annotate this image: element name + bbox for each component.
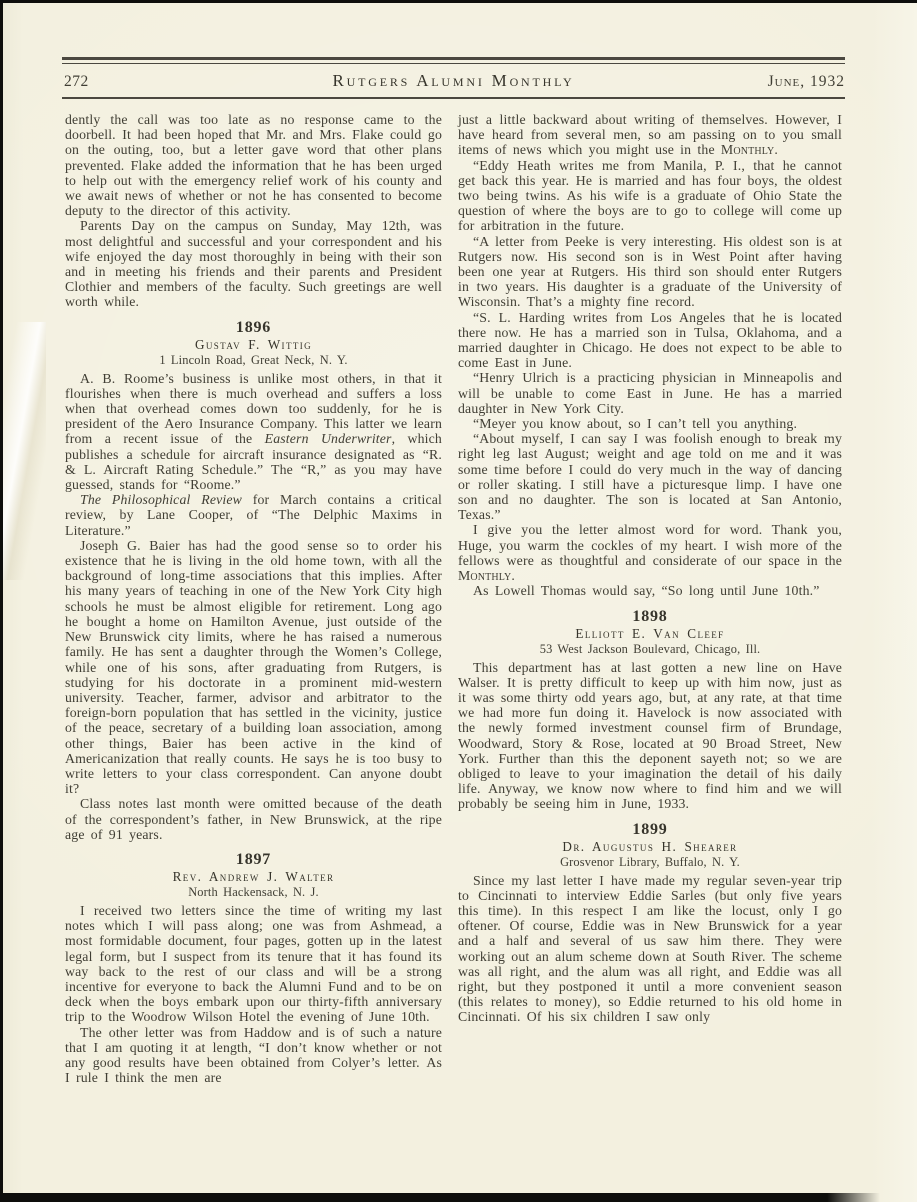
text-run: “Eddy Heath writes me from Manila, P. I.… xyxy=(458,158,842,234)
class-year-heading: 1898 xyxy=(458,607,842,626)
correspondent-name: Dr. Augustus H. Shearer xyxy=(458,839,842,855)
masthead-bottom-rule xyxy=(62,97,845,99)
text-run: . xyxy=(511,568,515,583)
paper-crease xyxy=(0,322,46,580)
correspondent-name: Elliott E. Van Cleef xyxy=(458,626,842,642)
class-section-heading: 1898Elliott E. Van Cleef53 West Jackson … xyxy=(458,607,842,657)
page-number: 272 xyxy=(64,73,89,91)
right-column: just a little backward about writing of … xyxy=(458,112,842,1025)
text-run: The other letter was from Haddow and is … xyxy=(65,1025,442,1086)
text-run: Since my last letter I have made my regu… xyxy=(458,873,842,1025)
paragraph: The Philosophical Review for March conta… xyxy=(65,492,442,538)
masthead: 272 Rutgers Alumni Monthly June, 1932 xyxy=(62,57,845,99)
paragraph: dently the call was too late as no respo… xyxy=(65,112,442,218)
paragraph: The other letter was from Haddow and is … xyxy=(65,1025,442,1086)
correspondent-address: 1 Lincoln Road, Great Neck, N. Y. xyxy=(65,353,442,368)
correspondent-address: Grosvenor Library, Buffalo, N. Y. xyxy=(458,855,842,870)
class-section-heading: 1896Gustav F. Wittig1 Lincoln Road, Grea… xyxy=(65,318,442,368)
paragraph: “Eddy Heath writes me from Manila, P. I.… xyxy=(458,158,842,234)
text-run: “Meyer you know about, so I can’t tell y… xyxy=(473,416,797,431)
paragraph: “S. L. Harding writes from Los Angeles t… xyxy=(458,310,842,371)
paragraph: Parents Day on the campus on Sunday, May… xyxy=(65,218,442,309)
paragraph: I received two letters since the time of… xyxy=(65,903,442,1025)
paragraph: I give you the letter almost word for wo… xyxy=(458,522,842,583)
text-run: Monthly xyxy=(721,142,774,157)
text-run: Joseph G. Baier has had the good sense s… xyxy=(65,538,442,796)
text-run: “Henry Ulrich is a practicing physician … xyxy=(458,370,842,415)
correspondent-address: 53 West Jackson Boulevard, Chicago, Ill. xyxy=(458,642,842,657)
issue-date: June, 1932 xyxy=(768,73,845,91)
class-year-heading: 1899 xyxy=(458,820,842,839)
left-column: dently the call was too late as no respo… xyxy=(65,112,442,1085)
paragraph: “Meyer you know about, so I can’t tell y… xyxy=(458,416,842,431)
journal-title: Rutgers Alumni Monthly xyxy=(332,71,574,91)
text-run: “A letter from Peeke is very interesting… xyxy=(458,234,842,310)
text-run: just a little backward about writing of … xyxy=(458,112,842,157)
text-run: The Philosophical Review xyxy=(80,492,242,507)
paragraph: “A letter from Peeke is very interesting… xyxy=(458,234,842,310)
correspondent-name: Rev. Andrew J. Walter xyxy=(65,869,442,885)
correspondent-address: North Hackensack, N. J. xyxy=(65,885,442,900)
paragraph: just a little backward about writing of … xyxy=(458,112,842,158)
paragraph: “About myself, I can say I was foolish e… xyxy=(458,431,842,522)
paragraph: A. B. Roome’s business is unlike most ot… xyxy=(65,371,442,493)
magazine-page: 272 Rutgers Alumni Monthly June, 1932 de… xyxy=(0,0,917,1202)
text-run: “About myself, I can say I was foolish e… xyxy=(458,431,842,522)
page-edge-left xyxy=(0,0,3,1202)
text-run: Eastern Underwriter xyxy=(265,431,392,446)
text-run: I give you the letter almost word for wo… xyxy=(458,522,842,567)
paragraph: Class notes last month were omitted beca… xyxy=(65,796,442,842)
paragraph: Joseph G. Baier has had the good sense s… xyxy=(65,538,442,796)
masthead-top-rule xyxy=(62,57,845,64)
class-year-heading: 1896 xyxy=(65,318,442,337)
text-run: Parents Day on the campus on Sunday, May… xyxy=(65,218,442,309)
page-edge-top xyxy=(0,0,917,3)
paragraph: This department has at last gotten a new… xyxy=(458,660,842,812)
text-run: . xyxy=(774,142,778,157)
text-run: “S. L. Harding writes from Los Angeles t… xyxy=(458,310,842,371)
text-run: As Lowell Thomas would say, “So long unt… xyxy=(473,583,820,598)
text-run: I received two letters since the time of… xyxy=(65,903,442,1024)
class-year-heading: 1897 xyxy=(65,850,442,869)
paragraph: Since my last letter I have made my regu… xyxy=(458,873,842,1025)
text-run: Monthly xyxy=(458,568,511,583)
paragraph: As Lowell Thomas would say, “So long unt… xyxy=(458,583,842,598)
paragraph: “Henry Ulrich is a practicing physician … xyxy=(458,370,842,416)
class-section-heading: 1897Rev. Andrew J. WalterNorth Hackensac… xyxy=(65,850,442,900)
text-run: Class notes last month were omitted beca… xyxy=(65,796,442,841)
class-section-heading: 1899Dr. Augustus H. ShearerGrosvenor Lib… xyxy=(458,820,842,870)
text-run: This department has at last gotten a new… xyxy=(458,660,842,812)
correspondent-name: Gustav F. Wittig xyxy=(65,337,442,353)
text-run: dently the call was too late as no respo… xyxy=(65,112,442,218)
masthead-row: 272 Rutgers Alumni Monthly June, 1932 xyxy=(62,64,845,97)
page-edge-bottom xyxy=(0,1193,880,1202)
